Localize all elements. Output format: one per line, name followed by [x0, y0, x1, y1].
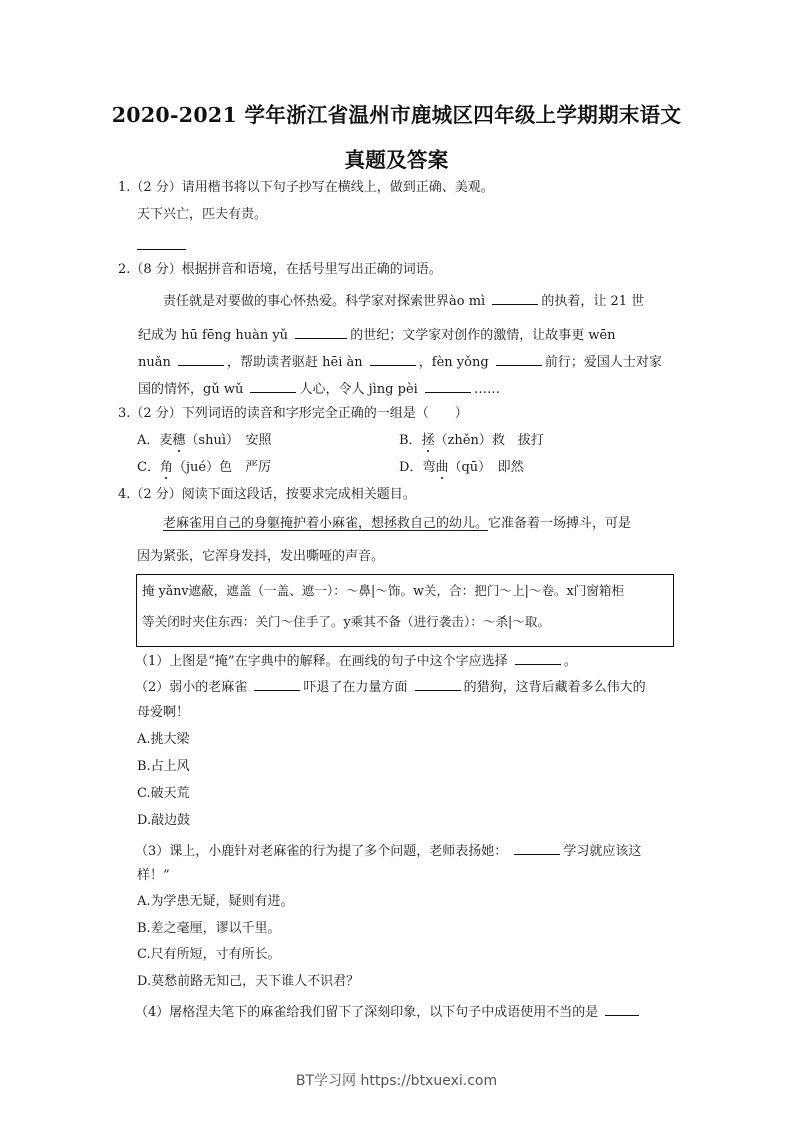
dictionary-entry-box: 掩 yǎnv遮蔽，遮盖（一盖、遮一）：～鼻|～饰。w关，合：把门～上|～卷。x门…: [136, 574, 674, 647]
q1-stem: 1.（2 分）请用楷书将以下句子抄写在横线上，做到正确、美观。: [118, 179, 494, 197]
option-text: 弯: [422, 460, 435, 475]
dotted-char: 穗: [172, 433, 185, 448]
q3-option-c[interactable]: C．角（jué）色 严厉: [137, 459, 271, 477]
q2-text: ……: [474, 382, 500, 397]
q2-text: 的世纪；文学家对创作的激情，让故事更 wēn: [350, 328, 615, 343]
q4-sub2: （2）弱小的老麻雀 吓退了在力量方面 的猎狗，这背后藏着多么伟大的: [135, 676, 646, 697]
option-text: （shuì） 安照: [185, 433, 271, 448]
dotted-char: 拯: [422, 433, 435, 448]
q4-passage-text: 它准备着一场搏斗，可是: [488, 516, 631, 531]
q4-sub3-option-a[interactable]: A.为学患无疑，疑则有进。: [137, 893, 294, 911]
q2-blank-hei-an[interactable]: [370, 351, 416, 366]
q2-blank-hu-feng-huan-yu[interactable]: [295, 324, 347, 339]
q2-blank-gu-wu[interactable]: [250, 378, 296, 393]
dict-line2: 等关闭时夹住东西：关门～住手了。y乘其不备（进行袭击）：～杀|～取。: [142, 613, 550, 631]
q4-sub2-text: 的猎狗，这背后藏着多么伟大的: [464, 680, 646, 695]
q4-sub1-text: 。: [564, 654, 577, 669]
q4-sub2-option-b[interactable]: B.占上风: [137, 758, 190, 776]
q4-sub2-text: （2）弱小的老麻雀: [135, 680, 247, 695]
q4-sub1: （1）上图是“掩”在字典中的解释。在画线的句子中这个字应选择 。: [135, 650, 577, 671]
footer-watermark: BT学习网 https://btxuexi.com: [0, 1070, 793, 1090]
q2-blank-wen-nuan[interactable]: [178, 351, 224, 366]
option-text: （zhěn）救 拔打: [435, 433, 544, 448]
q2-blank-ao-mi[interactable]: [492, 290, 538, 305]
q4-sub3-text: 学习就应该这: [563, 844, 641, 859]
q4-sub1-text: （1）上图是“掩”在字典中的解释。在画线的句子中这个字应选择: [135, 654, 508, 669]
q4-sub3: （3）课上，小鹿针对老麻雀的行为提了多个问题，老师表扬她： 学习就应该这: [135, 840, 641, 861]
q4-sub3-option-c[interactable]: C.尺有所短，寸有所长。: [137, 946, 281, 964]
q2-passage-line1: 责任就是对要做的事心怀热爱。科学家对探索世界ào mì 的执着，让 21 世: [163, 290, 644, 311]
q4-sub2-option-d[interactable]: D.敲边鼓: [137, 812, 190, 830]
q4-sub3-option-d[interactable]: D.莫愁前路无知己，天下谁人不识君？: [137, 973, 359, 991]
document-title-line2: 真题及答案: [0, 143, 793, 173]
q4-sub2-blank1[interactable]: [254, 676, 300, 691]
option-label: D．: [399, 460, 422, 475]
q4-passage-line1: 老麻雀用自己的身躯掩护着小麻雀，想拯救自己的幼儿。它准备着一场搏斗，可是: [163, 515, 631, 533]
q4-sub3-cont: 样！”: [137, 867, 170, 885]
q2-text: 前行；爱国人士对家: [545, 355, 662, 370]
q2-text: ，fèn yǒng: [419, 355, 489, 370]
q2-passage-line2: 纪成为 hū fēng huàn yǔ 的世纪；文学家对创作的激情，让故事更 w…: [138, 324, 616, 345]
q4-sub2-option-c[interactable]: C.破天荒: [137, 785, 190, 803]
q4-sub3-blank[interactable]: [514, 840, 560, 855]
q4-sub4-text: （4）屠格涅夫笔下的麻雀给我们留下了深刻印象，以下句子中成语使用不当的是: [135, 1005, 598, 1020]
q3-option-b[interactable]: B．拯（zhěn）救 拔打: [399, 432, 544, 450]
q2-blank-fen-yong[interactable]: [496, 351, 542, 366]
dict-line1: 掩 yǎnv遮蔽，遮盖（一盖、遮一）：～鼻|～饰。w关，合：把门～上|～卷。x门…: [142, 582, 624, 600]
q4-sub4-blank[interactable]: [605, 1001, 639, 1016]
q2-text: nuǎn: [138, 355, 171, 370]
option-text: （qū） 即然: [448, 460, 523, 475]
q4-stem: 4.（2 分）阅读下面这段话，按要求完成相关题目。: [118, 486, 416, 504]
option-text: 麦: [159, 433, 172, 448]
dotted-char: 曲: [435, 460, 448, 475]
q4-sub4: （4）屠格涅夫笔下的麻雀给我们留下了深刻印象，以下句子中成语使用不当的是: [135, 1001, 642, 1022]
q2-passage-line4: 国的情怀，gǔ wǔ 人心，令人 jìng pèi ……: [138, 378, 500, 399]
option-label: A．: [137, 433, 159, 448]
q4-sub3-text: （3）课上，小鹿针对老麻雀的行为提了多个问题，老师表扬她：: [135, 844, 507, 859]
dotted-char: 角: [160, 460, 173, 475]
q2-text: 纪成为 hū fēng huàn yǔ: [138, 328, 288, 343]
q4-passage-line2: 因为紧张，它浑身发抖，发出嘶哑的声音。: [137, 548, 384, 566]
q2-passage-line3: nuǎn ，帮助读者驱赶 hēi àn ，fèn yǒng 前行；爱国人士对家: [138, 351, 662, 372]
q4-sub1-blank[interactable]: [515, 650, 561, 665]
q1-answer-blank[interactable]: [137, 249, 186, 250]
q4-sub2-option-a[interactable]: A.挑大梁: [137, 731, 190, 749]
q4-sub2-cont: 母爱啊！: [137, 704, 189, 722]
q2-blank-jing-pei[interactable]: [425, 378, 471, 393]
q2-text: 人心，令人 jìng pèi: [299, 382, 417, 397]
q4-sub3-option-b[interactable]: B.差之毫厘，谬以千里。: [137, 920, 281, 938]
q1-sentence: 天下兴亡，匹夫有责。: [137, 206, 267, 224]
option-text: （jué）色 严厉: [173, 460, 271, 475]
q2-text: 国的情怀，gǔ wǔ: [138, 382, 243, 397]
q2-text: 的执着，让 21 世: [541, 294, 644, 309]
q3-option-a[interactable]: A．麦穗（shuì） 安照: [137, 432, 272, 450]
q2-text: ，帮助读者驱赶 hēi àn: [227, 355, 363, 370]
option-label: C．: [137, 460, 160, 475]
q4-sub2-text: 吓退了在力量方面: [303, 680, 407, 695]
document-page: 2020-2021 学年浙江省温州市鹿城区四年级上学期期末语文 真题及答案 1.…: [0, 0, 793, 1122]
document-title-line1: 2020-2021 学年浙江省温州市鹿城区四年级上学期期末语文: [0, 98, 793, 128]
q4-sub2-blank2[interactable]: [415, 676, 461, 691]
q4-underlined-sentence: 老麻雀用自己的身躯掩护着小麻雀，想拯救自己的幼儿。: [163, 516, 488, 531]
q3-stem: 3.（2 分）下列词语的读音和字形完全正确的一组是（ ）: [118, 405, 468, 423]
option-label: B．: [399, 433, 422, 448]
q2-stem: 2.（8 分）根据拼音和语境，在括号里写出正确的词语。: [118, 261, 442, 279]
q3-option-d[interactable]: D．弯曲（qū） 即然: [399, 459, 524, 477]
q2-text: 责任就是对要做的事心怀热爱。科学家对探索世界ào mì: [163, 294, 485, 309]
